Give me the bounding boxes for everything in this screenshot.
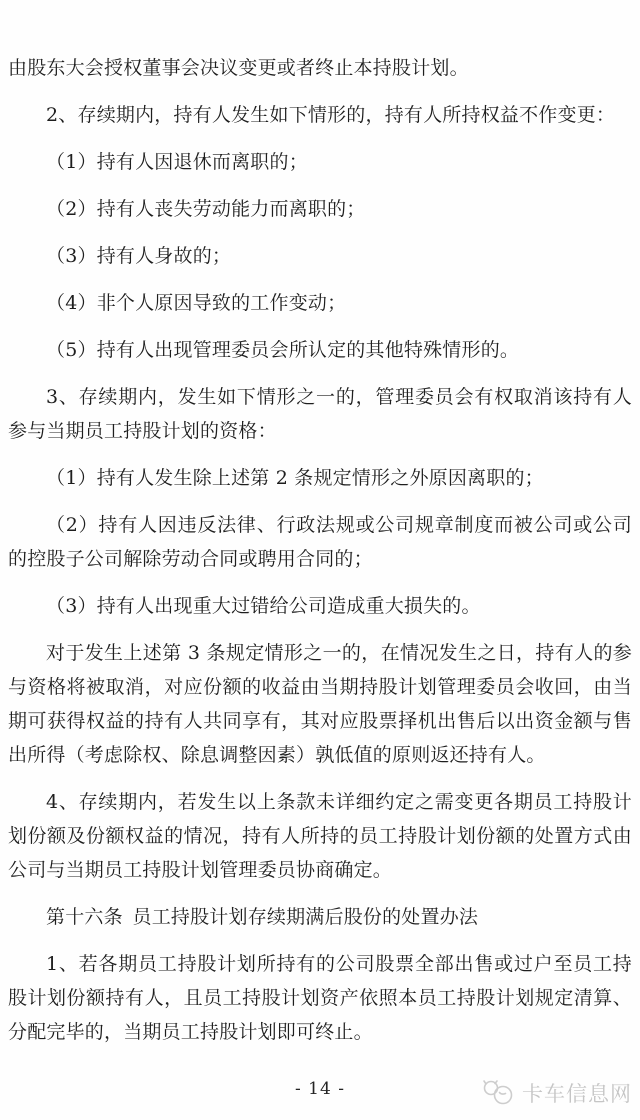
list-item: （2）持有人丧失劳动能力而离职的； (8, 192, 632, 226)
list-item: （1）持有人发生除上述第 2 条规定情形之外原因离职的； (8, 461, 632, 495)
list-item: （4）非个人原因导致的工作变动； (8, 286, 632, 320)
watermark-label: 卡车信息网 (522, 1078, 632, 1108)
list-item: （5）持有人出现管理委员会所认定的其他特殊情形的。 (8, 333, 632, 367)
watermark: 卡车信息网 (481, 1078, 632, 1108)
list-item: （1）持有人因退休而离职的； (8, 145, 632, 179)
paragraph: 3、存续期内，发生如下情形之一的，管理委员会有权取消该持有人参与当期员工持股计划… (8, 380, 632, 448)
paragraph: 4、存续期内，若发生以上条款未详细约定之需变更各期员工持股计划份额及份额权益的情… (8, 785, 632, 887)
paragraph: 对于发生上述第 3 条规定情形之一的，在情况发生之日，持有人的参与资格将被取消，… (8, 636, 632, 772)
list-item: （2）持有人因违反法律、行政法规或公司规章制度而被公司或公司的控股子公司解除劳动… (8, 508, 632, 576)
truck-logo-sketch-icon (481, 1078, 519, 1108)
section-heading: 第十六条 员工持股计划存续期满后股份的处置办法 (8, 900, 632, 934)
document-page: 由股东大会授权董事会决议变更或者终止本持股计划。 2、存续期内，持有人发生如下情… (0, 0, 640, 1049)
list-item: （3）持有人出现重大过错给公司造成重大损失的。 (8, 589, 632, 623)
paragraph: 由股东大会授权董事会决议变更或者终止本持股计划。 (8, 51, 632, 85)
paragraph: 2、存续期内，持有人发生如下情形的，持有人所持权益不作变更： (8, 98, 632, 132)
list-item: （3）持有人身故的； (8, 239, 632, 273)
paragraph: 1、若各期员工持股计划所持有的公司股票全部出售或过户至员工持股计划份额持有人，且… (8, 947, 632, 1049)
